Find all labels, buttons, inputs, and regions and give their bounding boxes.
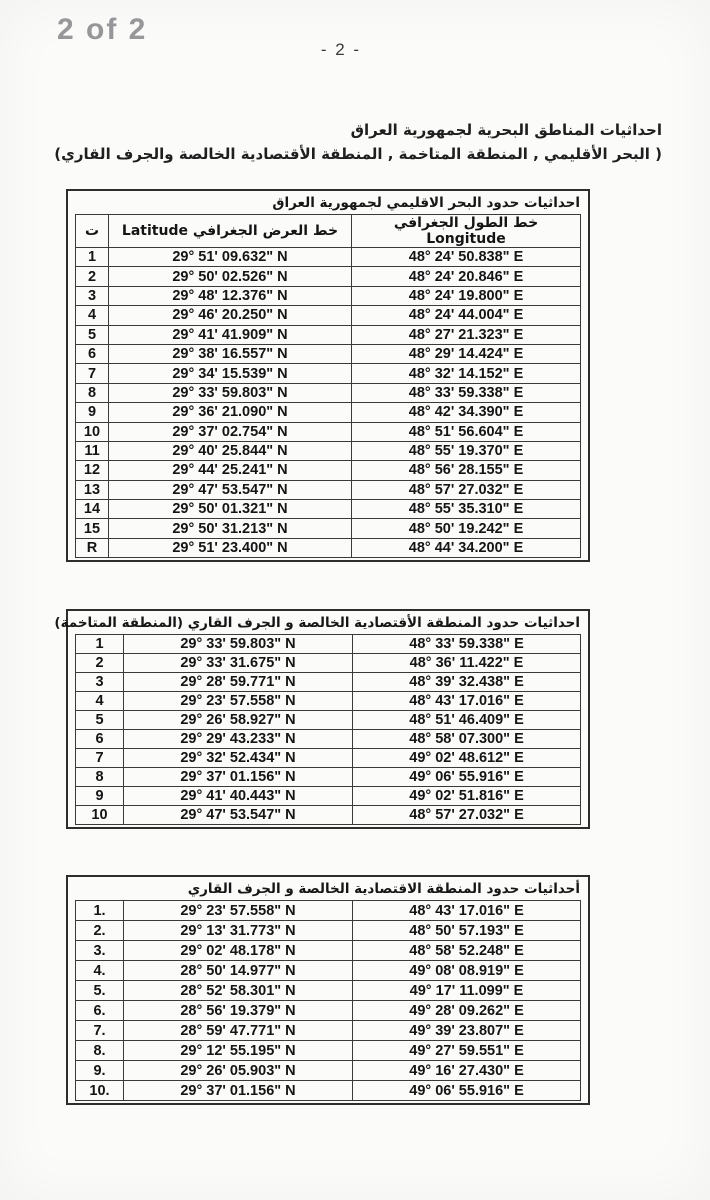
- latitude-cell: 29° 13' 31.773" N: [124, 921, 353, 941]
- latitude-cell: 29° 47' 53.547" N: [109, 480, 352, 499]
- latitude-cell: 29° 23' 57.558" N: [124, 692, 353, 711]
- table-row: 1029° 37' 02.754" N48° 51' 56.604" E: [76, 422, 581, 441]
- longitude-cell: 48° 33' 59.338" E: [352, 383, 581, 402]
- table-row: 529° 41' 41.909" N48° 27' 21.323" E: [76, 325, 581, 344]
- table-row: 1429° 50' 01.321" N48° 55' 35.310" E: [76, 500, 581, 519]
- coordinates-table: ت خط العرض الجغرافي Latitude خط الطول ال…: [75, 214, 581, 558]
- row-index-cell: 3.: [76, 941, 124, 961]
- latitude-cell: 29° 37' 02.754" N: [109, 422, 352, 441]
- table-row: 329° 28' 59.771" N48° 39' 32.438" E: [76, 673, 581, 692]
- table-header-row: ت خط العرض الجغرافي Latitude خط الطول ال…: [76, 215, 581, 248]
- longitude-cell: 48° 50' 19.242" E: [352, 519, 581, 538]
- latitude-cell: 29° 38' 16.557" N: [109, 344, 352, 363]
- row-index-cell: 1: [76, 635, 124, 654]
- latitude-cell: 29° 50' 01.321" N: [109, 500, 352, 519]
- row-index-cell: 1.: [76, 901, 124, 921]
- table-row: 729° 32' 52.434" N49° 02' 48.612" E: [76, 749, 581, 768]
- longitude-cell: 48° 57' 27.032" E: [352, 480, 581, 499]
- latitude-cell: 29° 26' 58.927" N: [124, 711, 353, 730]
- document-title: احداثيات المناطق البحرية لجمهورية العراق: [54, 118, 662, 142]
- row-index-cell: 2: [76, 654, 124, 673]
- latitude-cell: 29° 37' 01.156" N: [124, 1081, 353, 1101]
- table-row: 1229° 44' 25.241" N48° 56' 28.155" E: [76, 461, 581, 480]
- row-index-cell: 1: [76, 248, 109, 267]
- row-index-cell: 10.: [76, 1081, 124, 1101]
- row-index-cell: 7: [76, 364, 109, 383]
- longitude-cell: 49° 28' 09.262" E: [353, 1001, 581, 1021]
- longitude-cell: 48° 43' 17.016" E: [353, 901, 581, 921]
- row-index-cell: 9: [76, 787, 124, 806]
- latitude-cell: 28° 56' 19.379" N: [124, 1001, 353, 1021]
- table-row: 929° 36' 21.090" N48° 42' 34.390" E: [76, 403, 581, 422]
- latitude-cell: 29° 41' 40.443" N: [124, 787, 353, 806]
- table-row: 1129° 40' 25.844" N48° 55' 19.370" E: [76, 441, 581, 460]
- row-index-cell: 9.: [76, 1061, 124, 1081]
- latitude-cell: 29° 51' 09.632" N: [109, 248, 352, 267]
- table-territorial-sea: احداثيات حدود البحر الاقليمي لجمهورية ال…: [66, 189, 590, 562]
- table-row: 529° 26' 58.927" N48° 51' 46.409" E: [76, 711, 581, 730]
- longitude-cell: 48° 24' 19.800" E: [352, 286, 581, 305]
- longitude-cell: 48° 27' 21.323" E: [352, 325, 581, 344]
- table-eez-shelf: أحداثيات حدود المنطقة الاقتصادية الخالصة…: [66, 875, 590, 1105]
- table-row: 629° 38' 16.557" N48° 29' 14.424" E: [76, 344, 581, 363]
- row-index-cell: 8: [76, 383, 109, 402]
- longitude-cell: 48° 55' 35.310" E: [352, 500, 581, 519]
- longitude-cell: 49° 02' 48.612" E: [353, 749, 581, 768]
- latitude-column-header: خط العرض الجغرافي Latitude: [109, 215, 352, 248]
- longitude-column-header: خط الطول الجغرافي Longitude: [352, 215, 581, 248]
- longitude-cell: 48° 36' 11.422" E: [353, 654, 581, 673]
- table-row: 729° 34' 15.539" N48° 32' 14.152" E: [76, 364, 581, 383]
- longitude-cell: 48° 24' 20.846" E: [352, 267, 581, 286]
- table-row: 129° 51' 09.632" N48° 24' 50.838" E: [76, 248, 581, 267]
- longitude-cell: 48° 58' 52.248" E: [353, 941, 581, 961]
- latitude-cell: 29° 26' 05.903" N: [124, 1061, 353, 1081]
- table-row: 329° 48' 12.376" N48° 24' 19.800" E: [76, 286, 581, 305]
- latitude-cell: 29° 36' 21.090" N: [109, 403, 352, 422]
- longitude-cell: 48° 50' 57.193" E: [353, 921, 581, 941]
- latitude-cell: 29° 02' 48.178" N: [124, 941, 353, 961]
- latitude-cell: 28° 52' 58.301" N: [124, 981, 353, 1001]
- longitude-cell: 48° 44' 34.200" E: [352, 538, 581, 557]
- longitude-cell: 48° 24' 44.004" E: [352, 306, 581, 325]
- latitude-cell: 29° 46' 20.250" N: [109, 306, 352, 325]
- table-row: 229° 50' 02.526" N48° 24' 20.846" E: [76, 267, 581, 286]
- longitude-cell: 49° 06' 55.916" E: [353, 1081, 581, 1101]
- longitude-cell: 48° 29' 14.424" E: [352, 344, 581, 363]
- longitude-cell: 48° 39' 32.438" E: [353, 673, 581, 692]
- table-row: R29° 51' 23.400" N48° 44' 34.200" E: [76, 538, 581, 557]
- latitude-cell: 29° 44' 25.241" N: [109, 461, 352, 480]
- table-row: 3.29° 02' 48.178" N48° 58' 52.248" E: [76, 941, 581, 961]
- row-index-cell: 5.: [76, 981, 124, 1001]
- longitude-cell: 48° 58' 07.300" E: [353, 730, 581, 749]
- table-row: 1329° 47' 53.547" N48° 57' 27.032" E: [76, 480, 581, 499]
- longitude-cell: 49° 27' 59.551" E: [353, 1041, 581, 1061]
- table-row: 2.29° 13' 31.773" N48° 50' 57.193" E: [76, 921, 581, 941]
- row-index-cell: 13: [76, 480, 109, 499]
- longitude-cell: 49° 17' 11.099" E: [353, 981, 581, 1001]
- table-row: 229° 33' 31.675" N48° 36' 11.422" E: [76, 654, 581, 673]
- longitude-cell: 49° 39' 23.807" E: [353, 1021, 581, 1041]
- table-row: 429° 23' 57.558" N48° 43' 17.016" E: [76, 692, 581, 711]
- table-row: 1529° 50' 31.213" N48° 50' 19.242" E: [76, 519, 581, 538]
- latitude-cell: 29° 29' 43.233" N: [124, 730, 353, 749]
- row-index-cell: 5: [76, 711, 124, 730]
- table-row: 429° 46' 20.250" N48° 24' 44.004" E: [76, 306, 581, 325]
- row-index-cell: 9: [76, 403, 109, 422]
- row-index-cell: 15: [76, 519, 109, 538]
- row-index-cell: 11: [76, 441, 109, 460]
- latitude-cell: 29° 41' 41.909" N: [109, 325, 352, 344]
- longitude-cell: 48° 24' 50.838" E: [352, 248, 581, 267]
- coordinates-table: 129° 33' 59.803" N48° 33' 59.338" E229° …: [75, 634, 581, 825]
- row-index-cell: 6: [76, 730, 124, 749]
- longitude-cell: 48° 51' 56.604" E: [352, 422, 581, 441]
- table-row: 6.28° 56' 19.379" N49° 28' 09.262" E: [76, 1001, 581, 1021]
- row-index-cell: 4.: [76, 961, 124, 981]
- longitude-cell: 48° 57' 27.032" E: [353, 806, 581, 825]
- latitude-cell: 29° 34' 15.539" N: [109, 364, 352, 383]
- longitude-cell: 48° 51' 46.409" E: [353, 711, 581, 730]
- row-index-cell: 3: [76, 673, 124, 692]
- index-column-header: ت: [76, 215, 109, 248]
- table-row: 8.29° 12' 55.195" N49° 27' 59.551" E: [76, 1041, 581, 1061]
- table-eez-shelf-contiguous: احداثيات حدود المنطقة الأقتصادية الخالصة…: [66, 609, 590, 829]
- row-index-cell: 12: [76, 461, 109, 480]
- row-index-cell: 5: [76, 325, 109, 344]
- document-heading: احداثيات المناطق البحرية لجمهورية العراق…: [54, 118, 662, 166]
- document-subtitle: ( البحر الأقليمي , المنطقة المتاخمة , ال…: [54, 142, 662, 166]
- latitude-cell: 29° 47' 53.547" N: [124, 806, 353, 825]
- row-index-cell: 6: [76, 344, 109, 363]
- table-row: 829° 33' 59.803" N48° 33' 59.338" E: [76, 383, 581, 402]
- row-index-cell: 3: [76, 286, 109, 305]
- longitude-cell: 48° 43' 17.016" E: [353, 692, 581, 711]
- latitude-cell: 28° 50' 14.977" N: [124, 961, 353, 981]
- longitude-cell: 48° 56' 28.155" E: [352, 461, 581, 480]
- row-index-cell: 8: [76, 768, 124, 787]
- table-title: احداثيات حدود البحر الاقليمي لجمهورية ال…: [75, 191, 581, 214]
- longitude-cell: 49° 02' 51.816" E: [353, 787, 581, 806]
- row-index-cell: 10: [76, 422, 109, 441]
- page-number: - 2 -: [0, 40, 696, 60]
- longitude-cell: 48° 32' 14.152" E: [352, 364, 581, 383]
- longitude-cell: 49° 06' 55.916" E: [353, 768, 581, 787]
- longitude-cell: 48° 42' 34.390" E: [352, 403, 581, 422]
- row-index-cell: 4: [76, 306, 109, 325]
- row-index-cell: 2.: [76, 921, 124, 941]
- latitude-cell: 29° 33' 59.803" N: [124, 635, 353, 654]
- coordinates-table: 1.29° 23' 57.558" N48° 43' 17.016" E2.29…: [75, 900, 581, 1101]
- longitude-cell: 48° 55' 19.370" E: [352, 441, 581, 460]
- table-title: أحداثيات حدود المنطقة الاقتصادية الخالصة…: [75, 877, 581, 900]
- latitude-cell: 29° 33' 31.675" N: [124, 654, 353, 673]
- latitude-cell: 29° 50' 31.213" N: [109, 519, 352, 538]
- row-index-cell: 8.: [76, 1041, 124, 1061]
- row-index-cell: 7: [76, 749, 124, 768]
- row-index-cell: 6.: [76, 1001, 124, 1021]
- row-index-cell: 10: [76, 806, 124, 825]
- latitude-cell: 29° 48' 12.376" N: [109, 286, 352, 305]
- table-row: 629° 29' 43.233" N48° 58' 07.300" E: [76, 730, 581, 749]
- latitude-cell: 29° 51' 23.400" N: [109, 538, 352, 557]
- table-row: 829° 37' 01.156" N49° 06' 55.916" E: [76, 768, 581, 787]
- longitude-cell: 48° 33' 59.338" E: [353, 635, 581, 654]
- latitude-cell: 29° 12' 55.195" N: [124, 1041, 353, 1061]
- latitude-cell: 29° 37' 01.156" N: [124, 768, 353, 787]
- latitude-cell: 29° 50' 02.526" N: [109, 267, 352, 286]
- latitude-cell: 29° 40' 25.844" N: [109, 441, 352, 460]
- longitude-cell: 49° 16' 27.430" E: [353, 1061, 581, 1081]
- longitude-cell: 49° 08' 08.919" E: [353, 961, 581, 981]
- table-row: 7.28° 59' 47.771" N49° 39' 23.807" E: [76, 1021, 581, 1041]
- latitude-cell: 29° 32' 52.434" N: [124, 749, 353, 768]
- table-row: 1.29° 23' 57.558" N48° 43' 17.016" E: [76, 901, 581, 921]
- scanned-document-page: { "page": { "page_indicator": "2 of 2", …: [0, 0, 710, 1200]
- table-row: 129° 33' 59.803" N48° 33' 59.338" E: [76, 635, 581, 654]
- table-row: 5.28° 52' 58.301" N49° 17' 11.099" E: [76, 981, 581, 1001]
- table-row: 10.29° 37' 01.156" N49° 06' 55.916" E: [76, 1081, 581, 1101]
- table-title: احداثيات حدود المنطقة الأقتصادية الخالصة…: [75, 611, 581, 634]
- row-index-cell: 4: [76, 692, 124, 711]
- row-index-cell: 14: [76, 500, 109, 519]
- latitude-cell: 29° 33' 59.803" N: [109, 383, 352, 402]
- latitude-cell: 29° 23' 57.558" N: [124, 901, 353, 921]
- row-index-cell: 7.: [76, 1021, 124, 1041]
- table-row: 1029° 47' 53.547" N48° 57' 27.032" E: [76, 806, 581, 825]
- table-row: 9.29° 26' 05.903" N49° 16' 27.430" E: [76, 1061, 581, 1081]
- row-index-cell: 2: [76, 267, 109, 286]
- table-row: 929° 41' 40.443" N49° 02' 51.816" E: [76, 787, 581, 806]
- latitude-cell: 28° 59' 47.771" N: [124, 1021, 353, 1041]
- table-row: 4.28° 50' 14.977" N49° 08' 08.919" E: [76, 961, 581, 981]
- latitude-cell: 29° 28' 59.771" N: [124, 673, 353, 692]
- row-index-cell: R: [76, 538, 109, 557]
